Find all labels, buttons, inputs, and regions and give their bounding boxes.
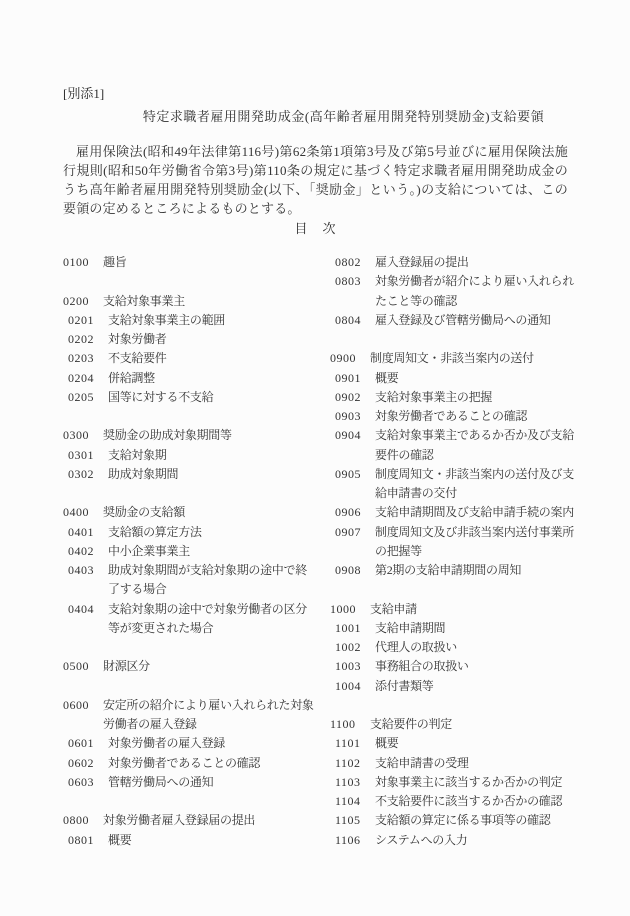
toc-entry-label: 奨励金の助成対象期間等 [103, 426, 315, 445]
document-page: [別添1] 特定求職者雇用開発助成金(高年齢者雇用開発特別奨励金)支給要領 雇用… [0, 0, 630, 916]
toc-entry-label: 支給対象事業主の把握 [375, 388, 582, 407]
toc-entry-label: 安定所の紹介により雇い入れられた対象労働者の雇入登録 [103, 696, 315, 735]
toc-entry-number: 1100 [330, 715, 356, 734]
toc-entry-label: 制度周知文及び非該当案内送付事業所の把握等 [375, 523, 582, 562]
table-of-contents: 0100趣旨0200支給対象事業主0201支給対象事業主の範囲0202対象労働者… [63, 253, 568, 850]
toc-entry-number: 0603 [68, 773, 94, 792]
toc-entry-label: 支給申請期間 [375, 619, 582, 638]
toc-entry-number: 0404 [68, 600, 94, 619]
toc-entry-label: 対象事業主に該当するか否かの判定 [375, 773, 582, 792]
toc-entry-number: 0803 [335, 272, 361, 291]
toc-entry-label: 管轄労働局への通知 [108, 773, 315, 792]
toc-entry: 1101概要 [330, 734, 582, 753]
toc-entry: 1001支給申請期間 [330, 619, 582, 638]
toc-entry-number: 0202 [68, 330, 94, 349]
toc-entry-number: 0906 [335, 503, 361, 522]
toc-entry-label: 支給対象期の途中で対象労働者の区分等が変更された場合 [108, 600, 315, 639]
toc-entry-number: 0908 [335, 561, 361, 580]
toc-entry: 0600安定所の紹介により雇い入れられた対象労働者の雇入登録 [63, 696, 315, 735]
toc-entry-label: 支給額の算定方法 [108, 523, 315, 542]
attachment-label: [別添1] [63, 85, 568, 102]
toc-entry-label: 趣旨 [103, 253, 315, 272]
toc-entry-number: 0600 [63, 696, 89, 715]
toc-entry-label: 雇入登録及び管轄労働局への通知 [375, 311, 582, 330]
toc-entry-label: 代理人の取扱い [375, 638, 582, 657]
toc-entry-number: 1102 [335, 754, 361, 773]
toc-entry-number: 0203 [68, 349, 94, 368]
toc-entry-number: 1106 [335, 831, 361, 850]
toc-entry-number: 0400 [63, 503, 89, 522]
toc-entry: 0907制度周知文及び非該当案内送付事業所の把握等 [330, 523, 582, 562]
toc-entry-number: 0902 [335, 388, 361, 407]
toc-entry-label: システムへの入力 [375, 831, 582, 850]
toc-entry-label: 対象労働者雇入登録届の提出 [103, 811, 315, 830]
toc-entry-number: 0100 [63, 253, 89, 272]
toc-entry: 0602対象労働者であることの確認 [63, 754, 315, 773]
toc-entry-number: 1003 [335, 657, 361, 676]
toc-entry-number: 0200 [63, 292, 89, 311]
toc-entry: 1100支給要件の判定 [330, 715, 582, 734]
toc-entry-number: 0205 [68, 388, 94, 407]
toc-entry: 0100趣旨 [63, 253, 315, 272]
toc-entry-number: 0804 [335, 311, 361, 330]
toc-entry-number: 1002 [335, 638, 361, 657]
toc-entry: 0603管轄労働局への通知 [63, 773, 315, 792]
toc-entry: 1106システムへの入力 [330, 831, 582, 850]
toc-entry-label: 支給対象事業主であるか否か及び支給要件の確認 [375, 426, 582, 465]
toc-entry-label: 制度周知文・非該当案内の送付 [370, 349, 582, 368]
toc-entry-label: 支給額の算定に係る事項等の確認 [375, 811, 582, 830]
toc-entry: 0900制度周知文・非該当案内の送付 [330, 349, 582, 368]
toc-entry: 0400奨励金の支給額 [63, 503, 315, 522]
toc-entry-number: 0901 [335, 369, 361, 388]
toc-entry-number: 0904 [335, 426, 361, 445]
toc-entry: 0404支給対象期の途中で対象労働者の区分等が変更された場合 [63, 600, 315, 639]
toc-entry-label: 概要 [108, 831, 315, 850]
toc-entry-label: 対象労働者であることの確認 [375, 407, 582, 426]
toc-entry-label: 中小企業事業主 [108, 542, 315, 561]
toc-right-column: 0802雇入登録届の提出0803対象労働者が紹介により雇い入れられたこと等の確認… [330, 253, 582, 850]
toc-entry-number: 0204 [68, 369, 94, 388]
toc-entry-label: 助成対象期間 [108, 465, 315, 484]
toc-entry-number: 0800 [63, 811, 89, 830]
toc-entry-number: 1103 [335, 773, 361, 792]
toc-entry-number: 0401 [68, 523, 94, 542]
toc-entry-label: 支給対象期 [108, 446, 315, 465]
toc-entry: 1103対象事業主に該当するか否かの判定 [330, 773, 582, 792]
toc-entry: 1004添付書類等 [330, 677, 582, 696]
toc-entry: 0204併給調整 [63, 369, 315, 388]
toc-entry-number: 0801 [68, 831, 94, 850]
intro-paragraph: 雇用保険法(昭和49年法律第116号)第62条第1項第3号及び第5号並びに雇用保… [63, 142, 568, 218]
toc-entry: 0905制度周知文・非該当案内の送付及び支給申請書の交付 [330, 465, 582, 504]
toc-entry: 0205国等に対する不支給 [63, 388, 315, 407]
toc-entry: 0300奨励金の助成対象期間等 [63, 426, 315, 445]
toc-entry: 1104不支給要件に該当するか否かの確認 [330, 792, 582, 811]
toc-entry-label: 支給申請書の受理 [375, 754, 582, 773]
toc-entry-label: 奨励金の支給額 [103, 503, 315, 522]
toc-entry: 0601対象労働者の雇入登録 [63, 734, 315, 753]
toc-heading: 目 次 [63, 220, 568, 237]
toc-entry: 1102支給申請書の受理 [330, 754, 582, 773]
toc-entry-label: 第2期の支給申請期間の周知 [375, 561, 582, 580]
toc-entry-label: 不支給要件に該当するか否かの確認 [375, 792, 582, 811]
toc-entry: 1003事務組合の取扱い [330, 657, 582, 676]
toc-entry-number: 0802 [335, 253, 361, 272]
toc-entry-label: 添付書類等 [375, 677, 582, 696]
document-content: [別添1] 特定求職者雇用開発助成金(高年齢者雇用開発特別奨励金)支給要領 雇用… [63, 85, 568, 850]
toc-entry-number: 0903 [335, 407, 361, 426]
toc-left-column: 0100趣旨0200支給対象事業主0201支給対象事業主の範囲0202対象労働者… [63, 253, 315, 850]
toc-entry: 0803対象労働者が紹介により雇い入れられたこと等の確認 [330, 272, 582, 311]
toc-entry-number: 1101 [335, 734, 361, 753]
toc-entry-label: 対象労働者が紹介により雇い入れられたこと等の確認 [375, 272, 582, 311]
toc-entry: 0904支給対象事業主であるか否か及び支給要件の確認 [330, 426, 582, 465]
toc-entry: 0201支給対象事業主の範囲 [63, 311, 315, 330]
toc-entry: 0402中小企業事業主 [63, 542, 315, 561]
toc-entry: 0903対象労働者であることの確認 [330, 407, 582, 426]
toc-entry-number: 0602 [68, 754, 94, 773]
toc-entry-label: 概要 [375, 734, 582, 753]
toc-entry-label: 支給申請期間及び支給申請手続の案内 [375, 503, 582, 522]
document-title: 特定求職者雇用開発助成金(高年齢者雇用開発特別奨励金)支給要領 [63, 108, 568, 125]
toc-entry: 0901概要 [330, 369, 582, 388]
toc-entry: 0500財源区分 [63, 657, 315, 676]
toc-entry-number: 1000 [330, 600, 356, 619]
toc-entry-label: 対象労働者の雇入登録 [108, 734, 315, 753]
toc-entry: 0902支給対象事業主の把握 [330, 388, 582, 407]
toc-entry-number: 0302 [68, 465, 94, 484]
toc-entry-number: 0900 [330, 349, 356, 368]
toc-entry: 0804雇入登録及び管轄労働局への通知 [330, 311, 582, 330]
toc-entry-label: 制度周知文・非該当案内の送付及び支給申請書の交付 [375, 465, 582, 504]
toc-entry: 0801概要 [63, 831, 315, 850]
toc-entry-label: 助成対象期間が支給対象期の途中で終了する場合 [108, 561, 315, 600]
toc-entry-label: 併給調整 [108, 369, 315, 388]
toc-entry-number: 0601 [68, 734, 94, 753]
toc-entry-number: 0500 [63, 657, 89, 676]
toc-entry-number: 1001 [335, 619, 361, 638]
toc-entry: 0200支給対象事業主 [63, 292, 315, 311]
toc-entry-label: 事務組合の取扱い [375, 657, 582, 676]
toc-entry-label: 支給対象事業主の範囲 [108, 311, 315, 330]
toc-entry: 0401支給額の算定方法 [63, 523, 315, 542]
toc-entry-number: 0301 [68, 446, 94, 465]
toc-entry: 1002代理人の取扱い [330, 638, 582, 657]
toc-entry: 0202対象労働者 [63, 330, 315, 349]
toc-entry: 1000支給申請 [330, 600, 582, 619]
toc-entry-label: 支給申請 [370, 600, 582, 619]
toc-entry: 0403助成対象期間が支給対象期の途中で終了する場合 [63, 561, 315, 600]
toc-entry-number: 0402 [68, 542, 94, 561]
toc-entry: 0302助成対象期間 [63, 465, 315, 484]
toc-entry-number: 0300 [63, 426, 89, 445]
toc-entry: 0800対象労働者雇入登録届の提出 [63, 811, 315, 830]
toc-entry-label: 雇入登録届の提出 [375, 253, 582, 272]
toc-entry-label: 財源区分 [103, 657, 315, 676]
toc-entry-label: 支給対象事業主 [103, 292, 315, 311]
toc-entry-number: 0201 [68, 311, 94, 330]
toc-entry: 0908第2期の支給申請期間の周知 [330, 561, 582, 580]
toc-entry: 0301支給対象期 [63, 446, 315, 465]
toc-entry: 0802雇入登録届の提出 [330, 253, 582, 272]
toc-entry-number: 1105 [335, 811, 361, 830]
toc-entry-number: 0907 [335, 523, 361, 542]
toc-entry-number: 1104 [335, 792, 361, 811]
toc-entry: 0906支給申請期間及び支給申請手続の案内 [330, 503, 582, 522]
toc-entry-label: 国等に対する不支給 [108, 388, 315, 407]
toc-entry-label: 不支給要件 [108, 349, 315, 368]
toc-entry-label: 対象労働者 [108, 330, 315, 349]
toc-entry: 1105支給額の算定に係る事項等の確認 [330, 811, 582, 830]
toc-entry-label: 概要 [375, 369, 582, 388]
toc-entry-number: 0905 [335, 465, 361, 484]
toc-entry: 0203不支給要件 [63, 349, 315, 368]
toc-entry-label: 対象労働者であることの確認 [108, 754, 315, 773]
toc-entry-label: 支給要件の判定 [370, 715, 582, 734]
toc-entry-number: 1004 [335, 677, 361, 696]
toc-entry-number: 0403 [68, 561, 94, 580]
